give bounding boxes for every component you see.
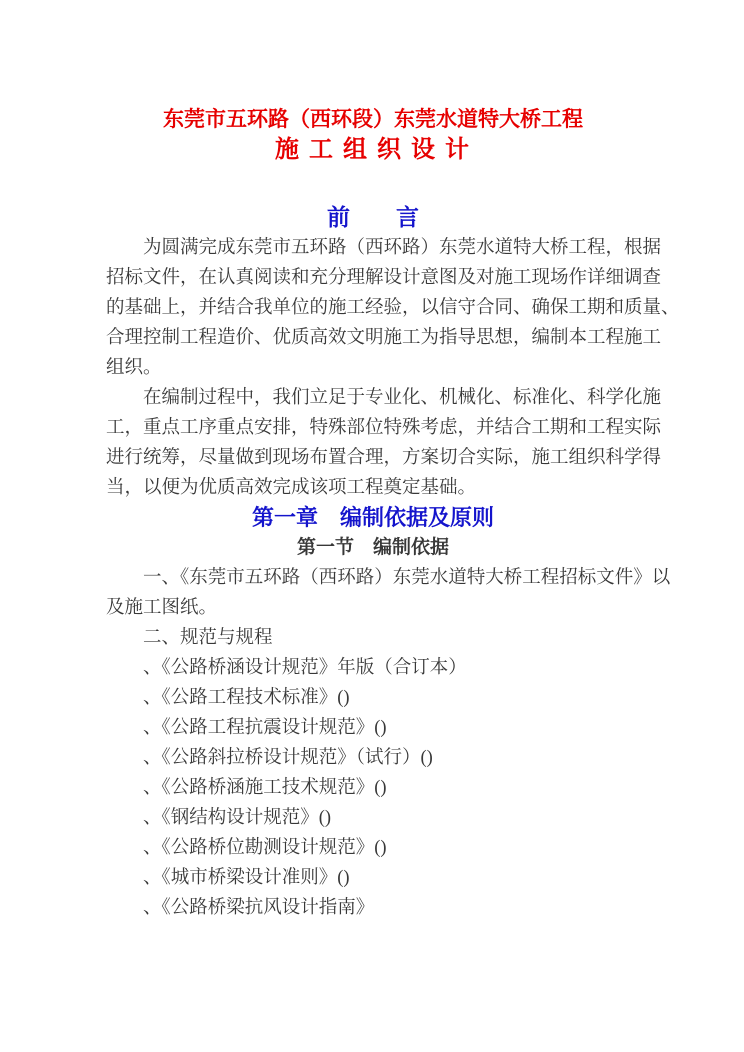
chapter-1-section: 第一章 编制依据及原则 第一节 编制依据 一、《东莞市五环路（西环路）东莞水道特… — [106, 503, 640, 923]
regulation-list-item: 、《公路桥涵施工技术规范》() — [106, 773, 640, 803]
regulation-list-item: 、《公路斜拉桥设计规范》（试行）() — [106, 743, 640, 773]
regulation-list-item: 、《公路桥梁抗风设计指南》 — [106, 893, 640, 923]
preface-paragraph-2: 在编制过程中，我们立足于专业化、机械化、标准化、科学化施 工，重点工序重点安排，… — [106, 383, 640, 503]
regulation-list-item: 、《公路桥涵设计规范》年版（合订本） — [106, 653, 640, 683]
preface-section: 前 言 为圆满完成东莞市五环路（西环路）东莞水道特大桥工程，根据 招标文件，在认… — [106, 203, 640, 503]
document-page: 东莞市五环路（西环段）东莞水道特大桥工程 施 工 组 织 设 计 前 言 为圆满… — [0, 0, 744, 1052]
text-line: 当，以便为优质高效完成该项工程奠定基础。 — [106, 473, 640, 503]
document-header: 东莞市五环路（西环段）东莞水道特大桥工程 施 工 组 织 设 计 — [106, 105, 640, 167]
text-line: 在编制过程中，我们立足于专业化、机械化、标准化、科学化施 — [106, 383, 640, 413]
regulation-list-item: 、《钢结构设计规范》() — [106, 803, 640, 833]
preface-heading: 前 言 — [106, 203, 640, 233]
text-line: 一、《东莞市五环路（西环路）东莞水道特大桥工程招标文件》以 — [106, 563, 640, 593]
regulation-list-item: 、《公路工程技术标准》() — [106, 683, 640, 713]
regulation-list-item: 、《公路工程抗震设计规范》() — [106, 713, 640, 743]
text-line: 及施工图纸。 — [106, 593, 640, 623]
chapter-1-heading: 第一章 编制依据及原则 — [106, 503, 640, 533]
preface-paragraph-1: 为圆满完成东莞市五环路（西环路）东莞水道特大桥工程，根据 招标文件，在认真阅读和… — [106, 233, 640, 383]
text-line: 合理控制工程造价、优质高效文明施工为指导思想，编制本工程施工 — [106, 323, 640, 353]
regulation-list: 、《公路桥涵设计规范》年版（合订本） 、《公路工程技术标准》() 、《公路工程抗… — [106, 653, 640, 923]
text-line: 工，重点工序重点安排，特殊部位特殊考虑，并结合工期和工程实际 — [106, 413, 640, 443]
basis-item-1: 一、《东莞市五环路（西环路）东莞水道特大桥工程招标文件》以 及施工图纸。 — [106, 563, 640, 623]
text-line: 组织。 — [106, 353, 640, 383]
text-line: 进行统筹，尽量做到现场布置合理，方案切合实际，施工组织科学得 — [106, 443, 640, 473]
text-line: 招标文件，在认真阅读和充分理解设计意图及对施工现场作详细调查 — [106, 263, 640, 293]
regulation-list-item: 、《公路桥位勘测设计规范》() — [106, 833, 640, 863]
text-line: 为圆满完成东莞市五环路（西环路）东莞水道特大桥工程，根据 — [106, 233, 640, 263]
text-line: 的基础上，并结合我单位的施工经验，以信守合同、确保工期和质量、 — [106, 293, 640, 323]
document-title-line2: 施 工 组 织 设 计 — [106, 133, 640, 167]
document-title-line1: 东莞市五环路（西环段）东莞水道特大桥工程 — [106, 105, 640, 133]
section-1-heading: 第一节 编制依据 — [106, 533, 640, 563]
regulation-list-item: 、《城市桥梁设计准则》() — [106, 863, 640, 893]
basis-item-2: 二、规范与规程 — [106, 623, 640, 653]
